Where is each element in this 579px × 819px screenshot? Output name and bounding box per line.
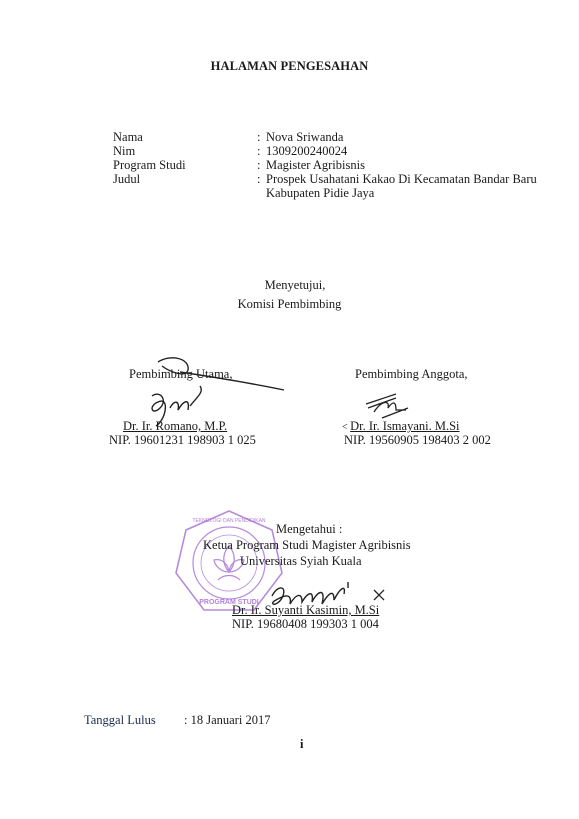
ack-name: Dr. Ir. Suyanti Kasimin, M.Si xyxy=(232,603,379,618)
field-value-judul: Prospek Usahatani Kakao Di Kecamatan Ban… xyxy=(266,172,537,187)
field-colon: : xyxy=(257,158,260,173)
supervisor-nip: NIP. 19601231 198903 1 025 xyxy=(109,433,256,448)
field-value-judul-line2: Kabupaten Pidie Jaya xyxy=(266,186,374,201)
ack-heading: Mengetahui : xyxy=(276,522,342,537)
ack-nip: NIP. 19680408 199303 1 004 xyxy=(232,617,379,632)
supervisor-nip: NIP. 19560905 198403 2 002 xyxy=(344,433,491,448)
supervisor-name: Dr. Ir. Romano, M.P. xyxy=(123,419,227,434)
field-label-judul: Judul xyxy=(113,172,140,187)
approval-subheading: Komisi Pembimbing xyxy=(0,297,579,312)
approval-heading: Menyetujui, xyxy=(0,278,579,293)
field-colon: : xyxy=(257,130,260,145)
page-number: i xyxy=(300,737,303,752)
field-label-nama: Nama xyxy=(113,130,143,145)
svg-text:TEKNOLOGI DAN PENDIDIKAN: TEKNOLOGI DAN PENDIDIKAN xyxy=(192,518,265,524)
field-value-nim: 1309200240024 xyxy=(266,144,347,159)
field-label-program-studi: Program Studi xyxy=(113,158,186,173)
page-title: HALAMAN PENGESAHAN xyxy=(0,59,579,74)
field-colon: : xyxy=(257,172,260,187)
field-colon: : xyxy=(257,144,260,159)
graduation-value: : 18 Januari 2017 xyxy=(184,713,270,728)
field-value-program-studi: Magister Agribisnis xyxy=(266,158,365,173)
field-value-nama: Nova Sriwanda xyxy=(266,130,343,145)
ack-position: Ketua Program Studi Magister Agribisnis xyxy=(203,538,411,553)
supervisor-name: < Dr. Ir. Ismayani. M.Si xyxy=(342,419,460,434)
supervisor-role: Pembimbing Anggota, xyxy=(355,367,468,382)
field-label-nim: Nim xyxy=(113,144,135,159)
graduation-label: Tanggal Lulus xyxy=(84,713,156,728)
ack-institution: Universitas Syiah Kuala xyxy=(240,554,362,569)
signature-icon xyxy=(362,390,422,422)
